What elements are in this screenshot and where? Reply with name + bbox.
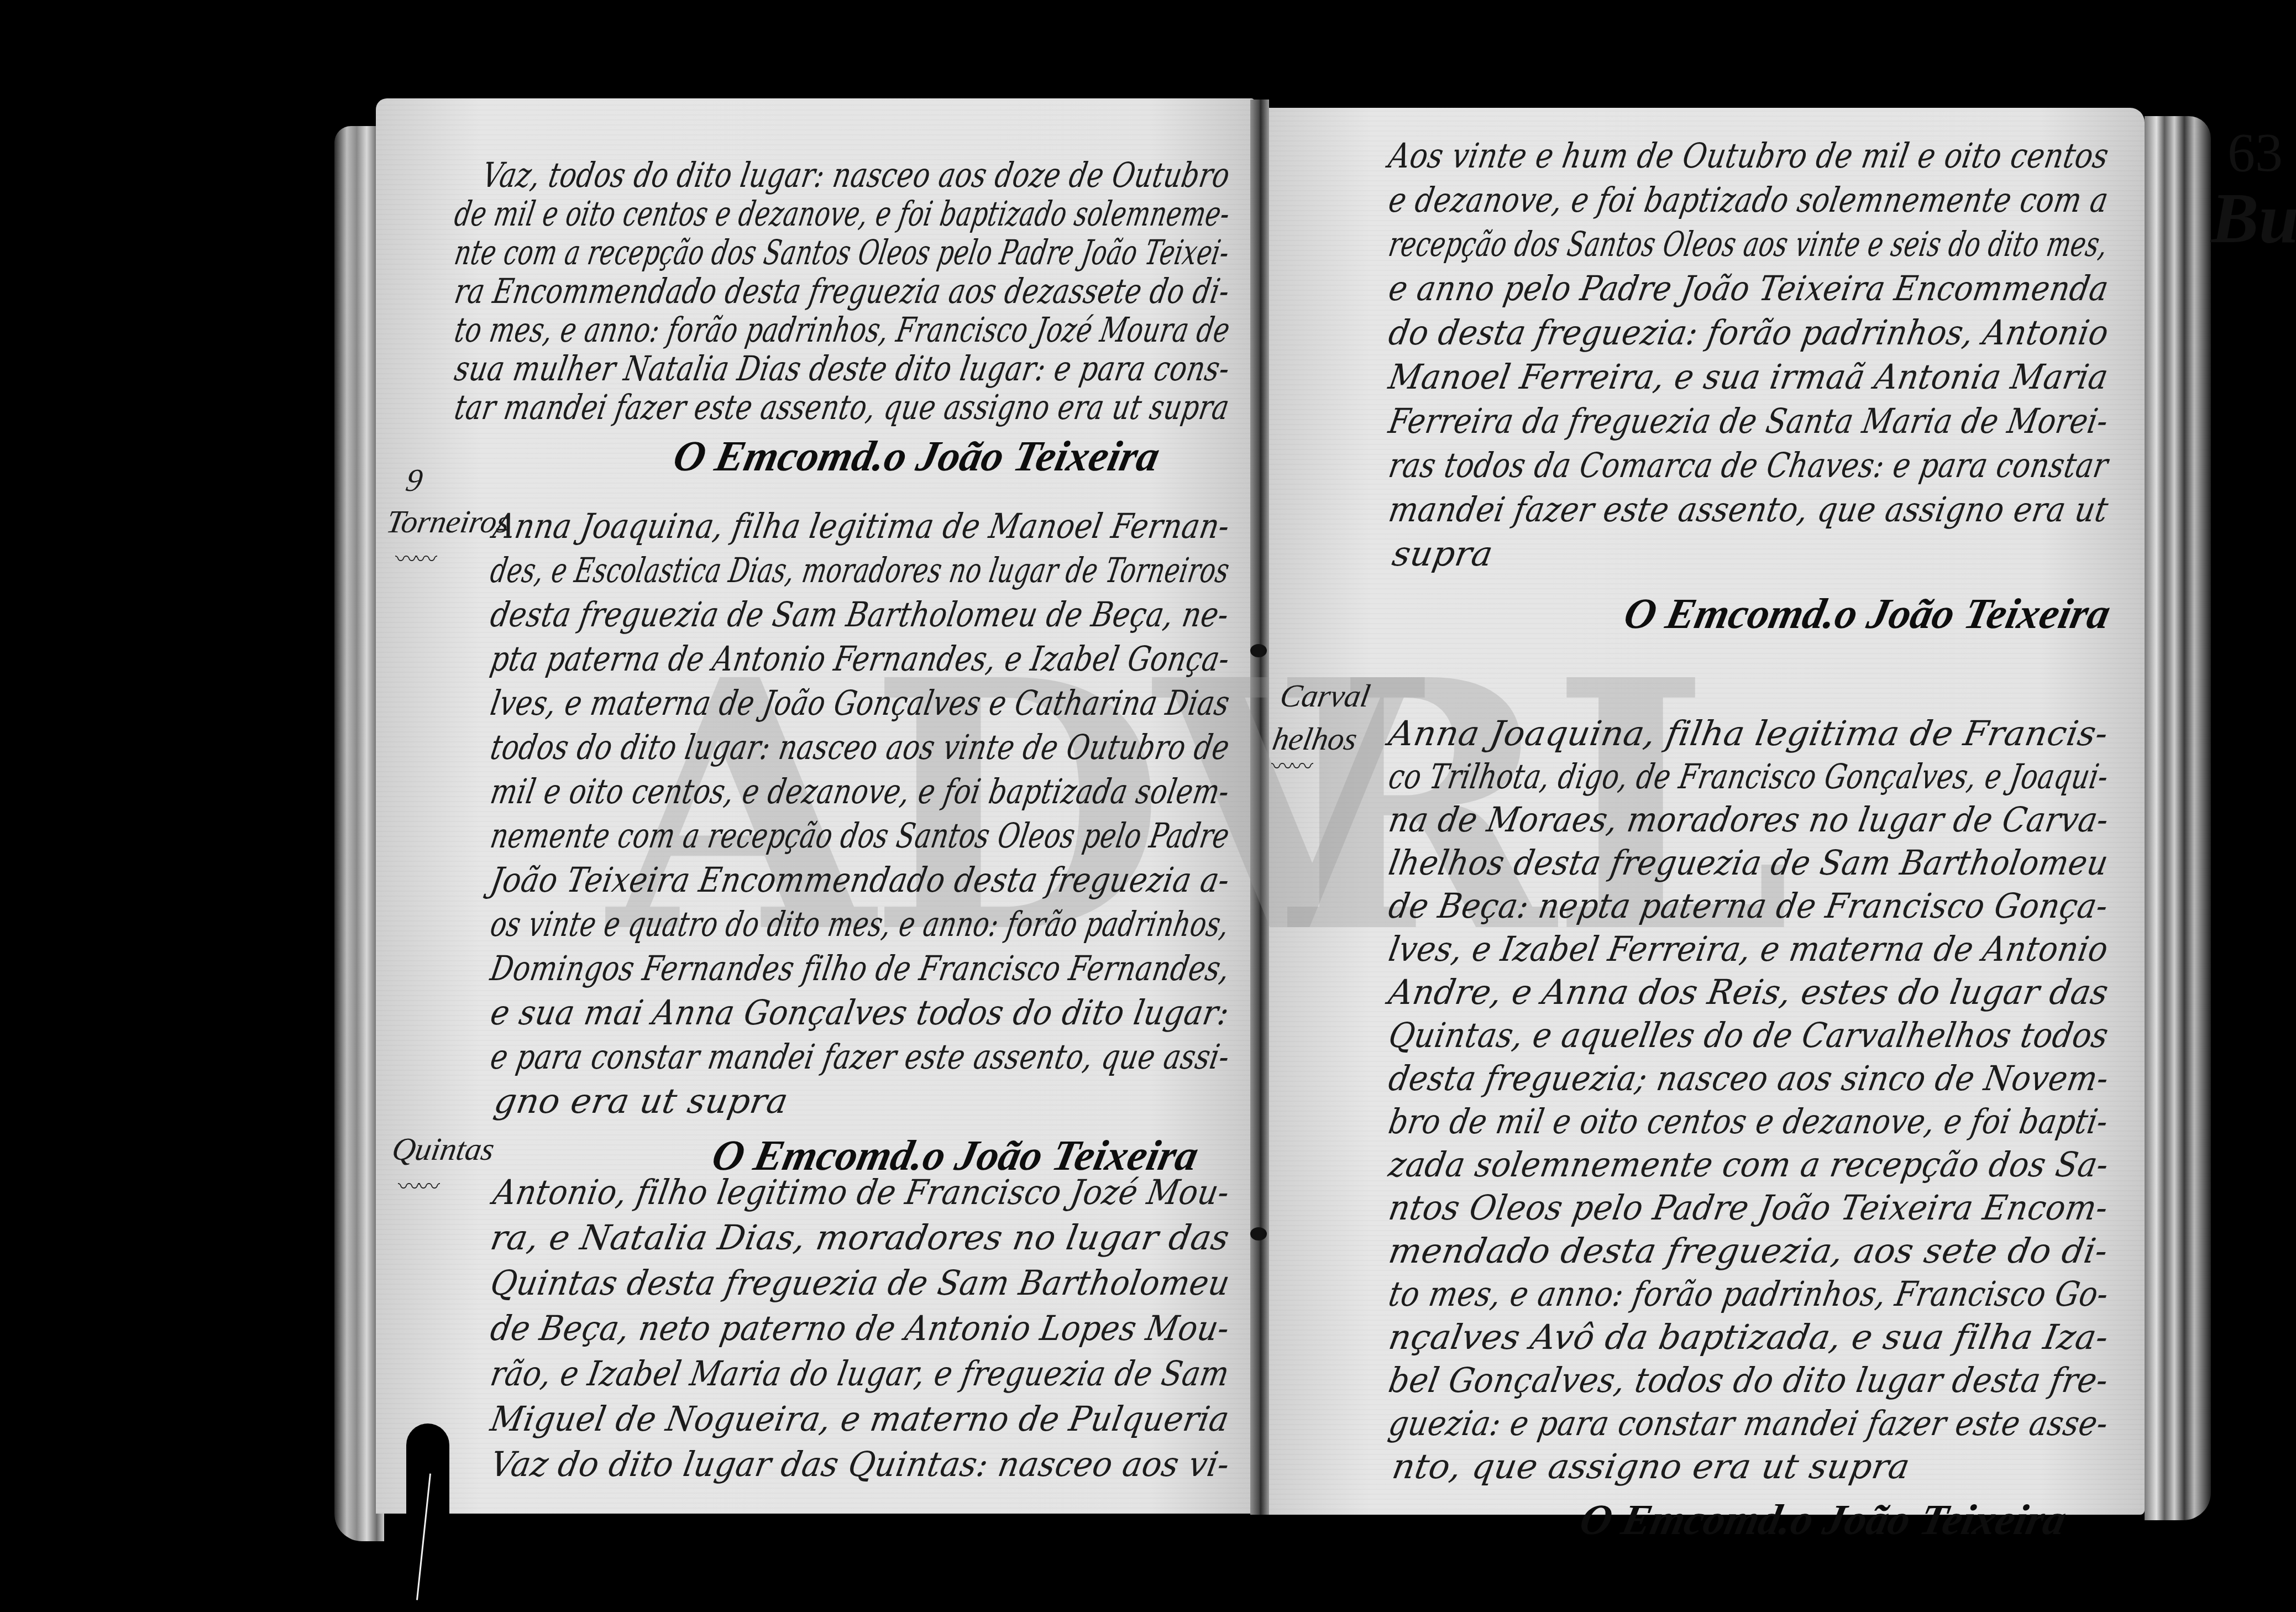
text-line: sua mulher Natalia Dias deste dito lugar… bbox=[452, 348, 1233, 389]
text-line: todos do dito lugar: nasceo aos vinte de… bbox=[487, 727, 1233, 767]
text-line: recepção dos Santos Oleos aos vinte e se… bbox=[1386, 224, 2111, 264]
text-line: desta freguezia; nasceo aos sinco de Nov… bbox=[1386, 1058, 2111, 1098]
text-line: de Beça: nepta paterna de Francisco Gonç… bbox=[1386, 886, 2111, 926]
text-line: e dezanove, e foi baptizado solemnemente… bbox=[1386, 180, 2111, 220]
text-line: Domingos Fernandes filho de Francisco Fe… bbox=[487, 948, 1233, 988]
text-line: e sua mai Anna Gonçalves todos do dito l… bbox=[487, 992, 1233, 1033]
folio-number: 63 bbox=[2227, 121, 2283, 184]
text-line: gno era ut supra bbox=[491, 1081, 791, 1121]
folio-rubric: Bu bbox=[2211, 177, 2296, 260]
text-line: Vaz do dito lugar das Quintas: nasceo ao… bbox=[487, 1444, 1233, 1484]
text-line: desta freguezia de Sam Bartholomeu de Be… bbox=[487, 594, 1232, 635]
text-line: mendado desta freguezia, aos sete do di- bbox=[1386, 1231, 2111, 1271]
margin-flourish-icon: 〰〰 bbox=[1271, 749, 1311, 781]
text-line: mil e oito centos, e dezanove, e foi bap… bbox=[487, 771, 1233, 812]
text-line: rão, e Izabel Maria do lugar, e freguezi… bbox=[487, 1353, 1233, 1394]
margin-flourish-icon: 〰〰 bbox=[398, 1169, 438, 1201]
margin-flourish-icon: 〰〰 bbox=[395, 542, 435, 573]
text-line: tar mandei fazer este assento, que assig… bbox=[452, 387, 1233, 427]
text-line: e para constar mandei fazer este assento… bbox=[487, 1037, 1233, 1077]
text-line: co Trilhota, digo, de Francisco Gonçalve… bbox=[1386, 756, 2111, 797]
text-line: ras todos da Comarca de Chaves: e para c… bbox=[1386, 445, 2111, 485]
text-line: Antonio, filho legitimo de Francisco Joz… bbox=[490, 1172, 1233, 1212]
signature: O Emcomd.o João Teixeira bbox=[1575, 1495, 2070, 1545]
text-line: to mes, e anno: forão padrinhos, Francis… bbox=[1386, 1274, 2111, 1314]
text-line: Aos vinte e hum de Outubro de mil e oito… bbox=[1386, 135, 2112, 176]
text-line: lves, e materna de João Gonçalves e Cath… bbox=[487, 683, 1233, 723]
text-line: Anna Joaquina, filha legitima de Manoel … bbox=[490, 506, 1233, 546]
text-line: ntos Oleos pelo Padre João Teixeira Enco… bbox=[1386, 1187, 2111, 1228]
text-line: des, e Escolastica Dias, moradores no lu… bbox=[487, 550, 1233, 590]
text-line: lhelhos desta freguezia de Sam Bartholom… bbox=[1386, 842, 2111, 883]
text-line: pta paterna de Antonio Fernandes, e Izab… bbox=[487, 638, 1233, 679]
text-line: Quintas desta freguezia de Sam Bartholom… bbox=[487, 1263, 1233, 1303]
text-line: Andre, e Anna dos Reis, estes do lugar d… bbox=[1386, 972, 2111, 1012]
text-line: zada solemnemente com a recepção dos Sa- bbox=[1386, 1144, 2112, 1185]
text-line: nçalves Avô da baptizada, e sua filha Iz… bbox=[1386, 1317, 2111, 1357]
signature: O Emcomd.o João Teixeira bbox=[669, 431, 1164, 481]
text-line: to mes, e anno: forão padrinhos, Francis… bbox=[452, 310, 1233, 350]
text-line: do desta freguezia: forão padrinhos, Ant… bbox=[1386, 312, 2112, 353]
right-page-edges bbox=[2145, 116, 2211, 1520]
text-line: na de Moraes, moradores no lugar de Carv… bbox=[1386, 799, 2112, 840]
text-line: nto, que assigno era ut supra bbox=[1390, 1446, 1914, 1487]
bookmark-ribbon bbox=[406, 1423, 449, 1612]
text-line: João Teixeira Encommendado desta freguez… bbox=[487, 860, 1233, 900]
text-line: os vinte e quatro do dito mes, e anno: f… bbox=[487, 904, 1233, 944]
text-line: nemente com a recepção dos Santos Oleos … bbox=[487, 815, 1233, 856]
text-line: mandei fazer este assento, que assigno e… bbox=[1386, 489, 2111, 530]
text-line: ra, e Natalia Dias, moradores no lugar d… bbox=[487, 1217, 1233, 1258]
text-line: Manoel Ferreira, e sua irmaã Antonia Mar… bbox=[1386, 357, 2111, 397]
text-line: nte com a recepção dos Santos Oleos pelo… bbox=[452, 232, 1233, 273]
text-line: de mil e oito centos e dezanove, e foi b… bbox=[452, 193, 1233, 234]
text-line: lves, e Izabel Ferreira, e materna de An… bbox=[1386, 929, 2111, 969]
text-line: e anno pelo Padre João Teixeira Encommen… bbox=[1386, 268, 2111, 308]
text-line: ra Encommendado desta freguezia aos deza… bbox=[452, 271, 1233, 311]
text-line: Ferreira da freguezia de Santa Maria de … bbox=[1386, 401, 2111, 441]
text-line: Quintas, e aquelles do de Carvalhelhos t… bbox=[1386, 1015, 2111, 1055]
text-line: Anna Joaquina, filha legitima de Francis… bbox=[1386, 713, 2111, 753]
text-line: Vaz, todos do dito lugar: nasceo aos doz… bbox=[479, 155, 1233, 195]
margin-place-name: Carvalhelhos bbox=[1269, 674, 1384, 761]
text-line: bro de mil e oito centos e dezanove, e f… bbox=[1386, 1101, 2111, 1142]
signature: O Emcomd.o João Teixeira bbox=[1619, 589, 2115, 638]
margin-place-name: Quintas bbox=[389, 1128, 497, 1171]
text-line: Miguel de Nogueira, e materno de Pulquer… bbox=[487, 1399, 1233, 1439]
binding-stitch bbox=[1250, 1227, 1267, 1241]
text-line: bel Gonçalves, todos do dito lugar desta… bbox=[1386, 1360, 2111, 1400]
text-line: guezia: e para constar mandei fazer este… bbox=[1386, 1403, 2111, 1443]
manuscript-book-spread: ADV RL 63 Bu Vaz, todos do dito lugar: n… bbox=[0, 0, 2296, 1612]
text-line: supra bbox=[1390, 533, 1496, 574]
text-line: de Beça, neto paterno de Antonio Lopes M… bbox=[487, 1308, 1233, 1348]
